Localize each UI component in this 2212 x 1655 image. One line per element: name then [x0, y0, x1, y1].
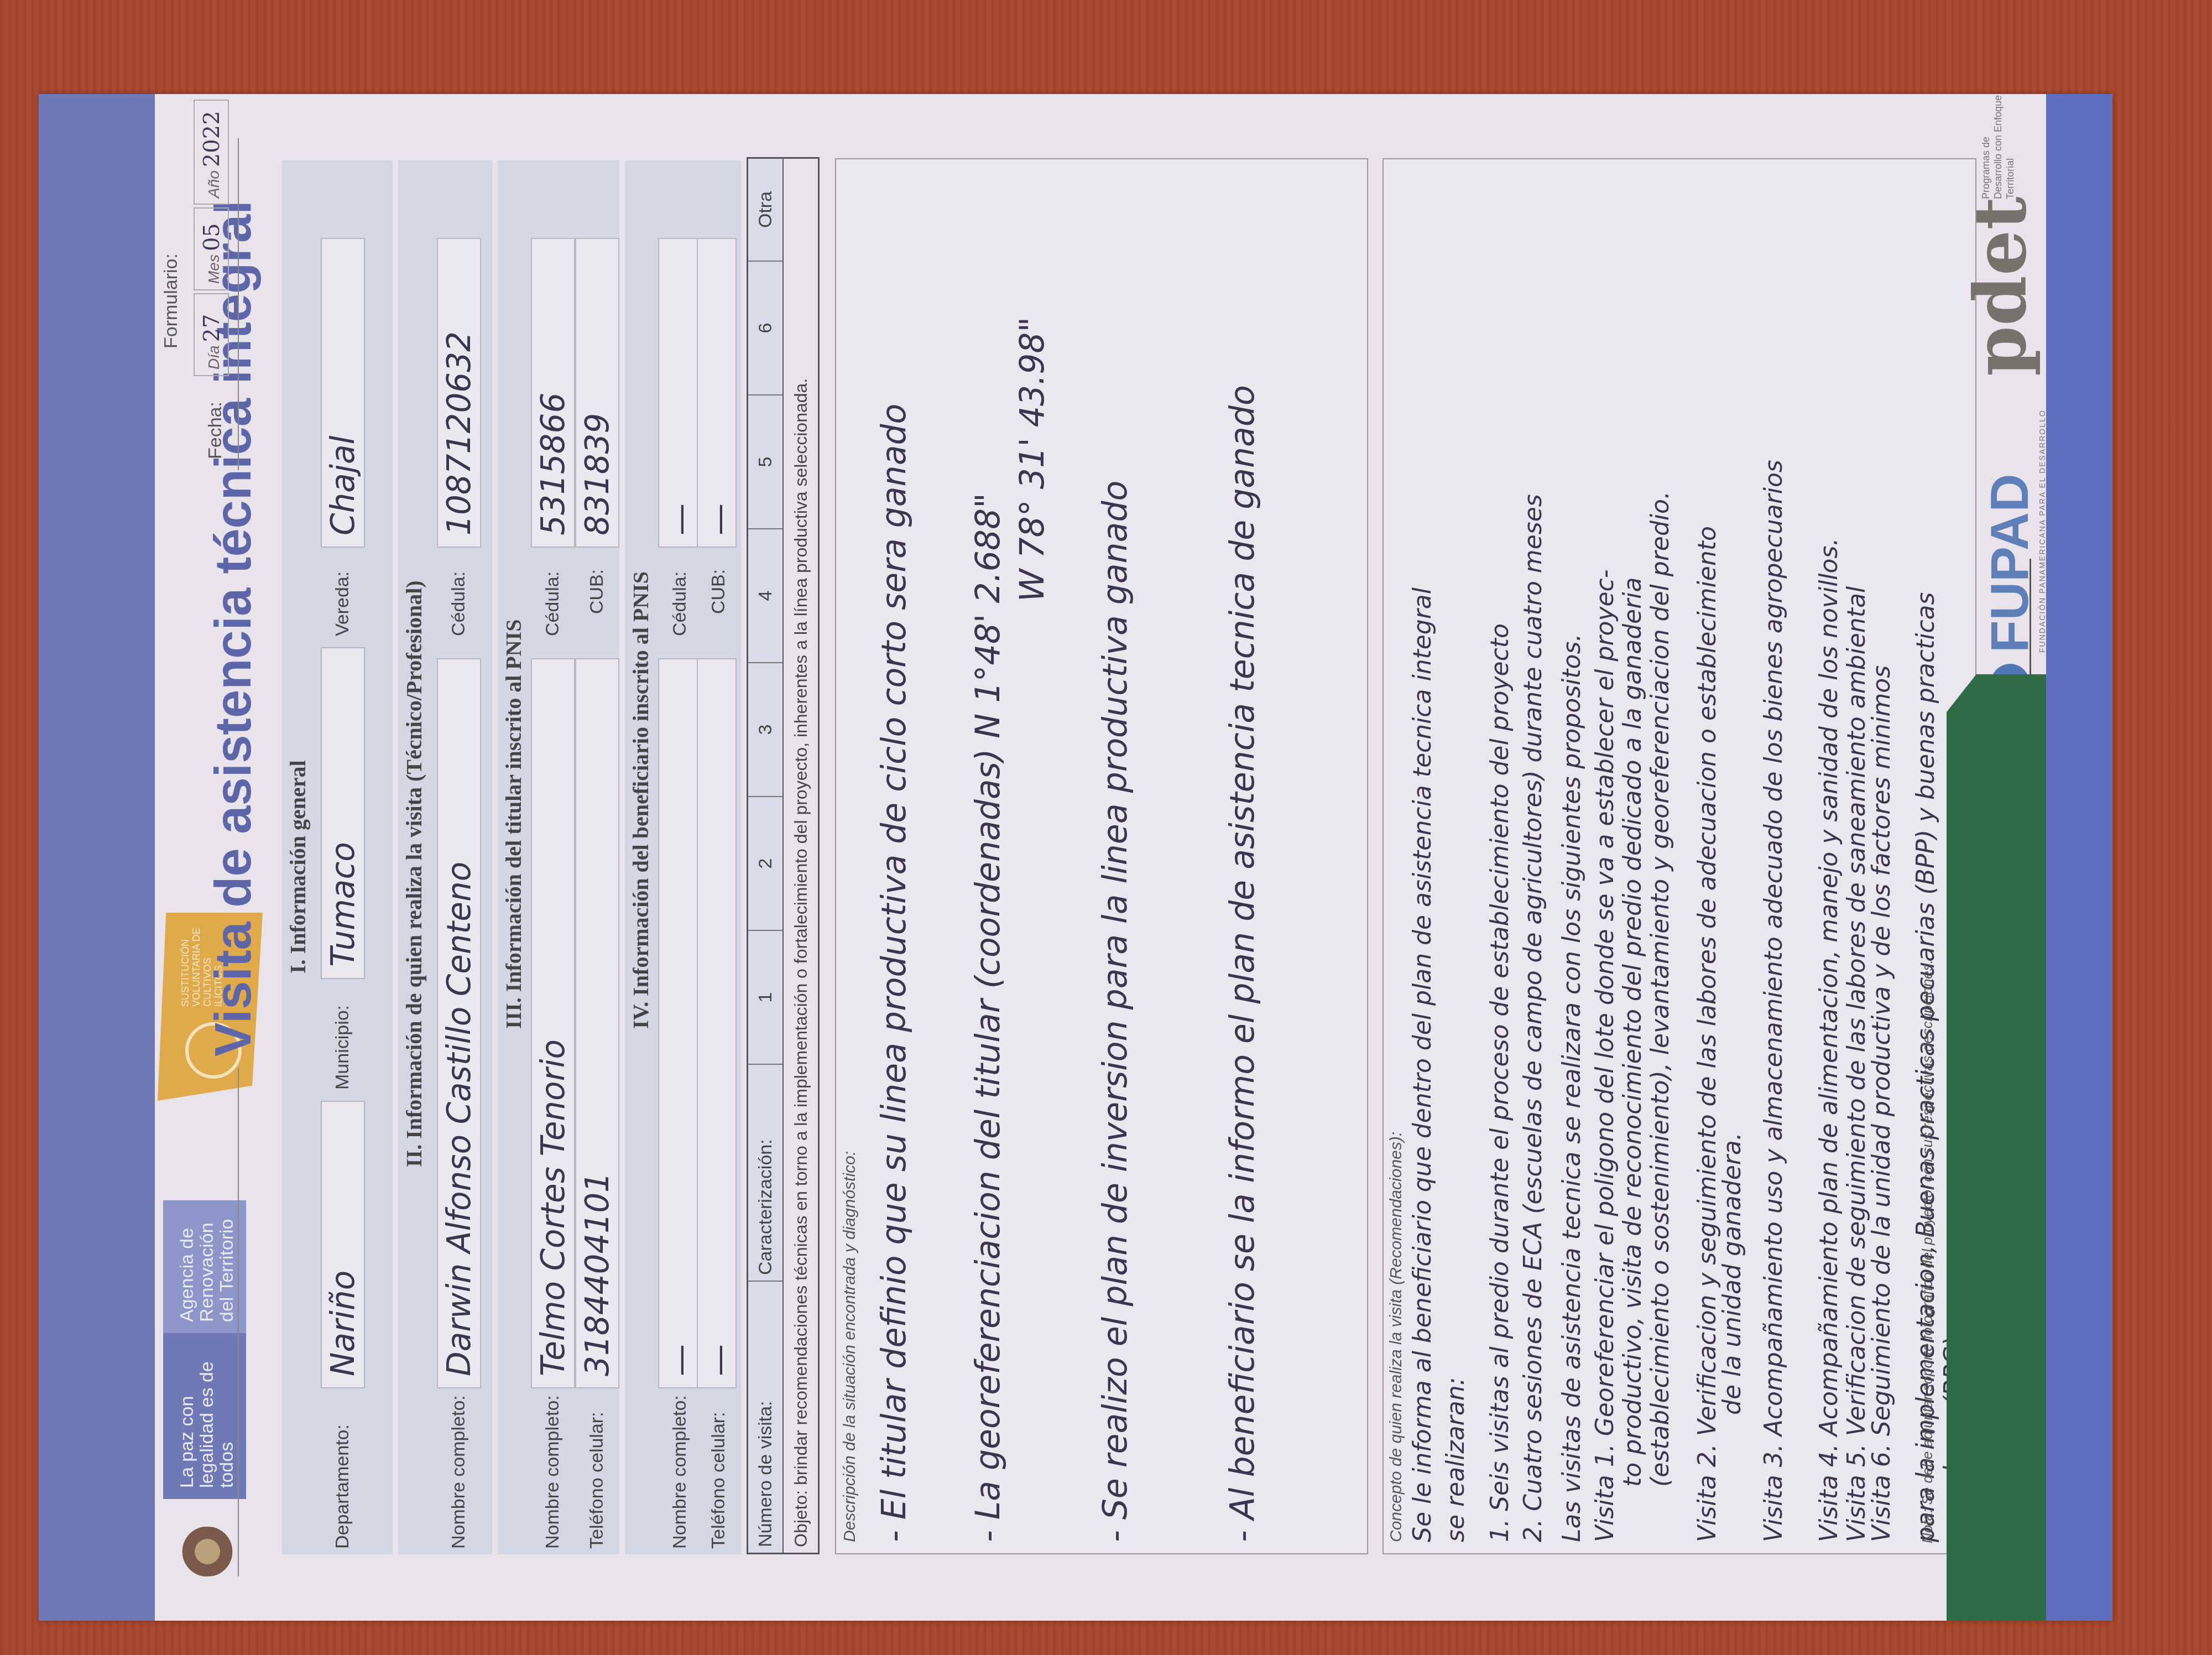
descripcion-line: - Al beneficiario se la informo el plan …	[1223, 385, 1262, 1542]
section-beneficiario: IV. Información del beneficiario inscrit…	[625, 160, 741, 1554]
mes-field[interactable]: Mes05	[194, 207, 229, 290]
pdet-logo: pdet	[1958, 196, 2042, 376]
tecnico-cedula-field[interactable]: 1087120632	[437, 238, 481, 548]
descripcion-line: - Se realizo el plan de inversion para l…	[1096, 481, 1135, 1542]
departamento-field[interactable]: Nariño	[321, 1101, 365, 1388]
formulario-label: Formulario:	[160, 253, 182, 348]
visit-option-otra[interactable]: Otra	[748, 159, 782, 261]
municipio-field[interactable]: Tumaco	[321, 647, 365, 979]
fupad-logo: FUPAD	[1980, 473, 2041, 653]
tecnico-nombre-field[interactable]: Darwin Alfonso Castillo Centeno	[437, 658, 481, 1388]
titular-nombre-field[interactable]: Telmo Cortes Tenorio	[531, 658, 575, 1388]
descripcion-line: - La georeferenciacion del titular (coor…	[969, 493, 1008, 1542]
beneficiario-telefono-field[interactable]: —	[697, 658, 737, 1388]
beneficiario-cedula-field[interactable]: —	[658, 238, 702, 548]
form-sheet: La paz con legalidad es de todos Agencia…	[39, 94, 2112, 1621]
beneficiario-cub-field[interactable]: —	[697, 238, 737, 548]
objetivo-text: Objeto: brindar recomendaciones técnicas…	[784, 159, 818, 1553]
fecha-label: Fecha:	[205, 402, 226, 459]
descripcion-line: W 78° 31' 43.98"	[1013, 317, 1052, 602]
recomendaciones-box[interactable]: Concepto de quien realiza la visita (Rec…	[1383, 158, 1976, 1554]
vereda-field[interactable]: Chajal	[321, 238, 365, 548]
section-general: I. Información general Departamento: Nar…	[282, 160, 393, 1554]
colombia-crest-icon	[174, 1527, 241, 1576]
visit-option-6[interactable]: 6	[748, 261, 782, 394]
dia-field[interactable]: Día27	[194, 293, 229, 376]
objetivo-row: Objeto: brindar recomendaciones técnicas…	[784, 159, 818, 1553]
titular-cedula-field[interactable]: 5315866	[531, 238, 575, 548]
slogan-box: La paz con legalidad es de todos	[163, 1333, 246, 1499]
visit-option-5[interactable]: 5	[748, 394, 782, 528]
descripcion-box[interactable]: Descripción de la situación encontrada y…	[835, 158, 1368, 1554]
footer-green-band	[1947, 674, 2046, 1621]
anio-field[interactable]: Año2022	[194, 100, 229, 205]
visit-option-2[interactable]: 2	[748, 796, 782, 930]
visit-number-row: Número de visita: Caracterización: 1 2 3…	[748, 159, 784, 1553]
visit-number-table: Número de visita: Caracterización: 1 2 3…	[747, 157, 820, 1554]
visit-option-1[interactable]: 1	[748, 930, 782, 1064]
header-band	[39, 94, 155, 1621]
footer-blue-band	[2046, 94, 2112, 1621]
section-titular: III. Información del titular inscrito al…	[498, 160, 619, 1554]
nota-text: Nota: Se debe adjuntar soporte fotográfi…	[1919, 960, 1936, 1543]
titular-telefono-field[interactable]: 3184404101	[575, 658, 619, 1388]
titular-cub-field[interactable]: 831839	[575, 238, 619, 548]
section-tecnico: II. Información de quien realiza la visi…	[398, 160, 492, 1554]
agency-box: Agencia de Renovación del Territorio	[163, 1200, 246, 1333]
descripcion-line: - El titular definio que su linea produc…	[875, 404, 914, 1542]
visit-option-4[interactable]: 4	[748, 528, 782, 662]
beneficiario-nombre-field[interactable]: —	[658, 658, 702, 1388]
visit-option-3[interactable]: 3	[748, 662, 782, 796]
